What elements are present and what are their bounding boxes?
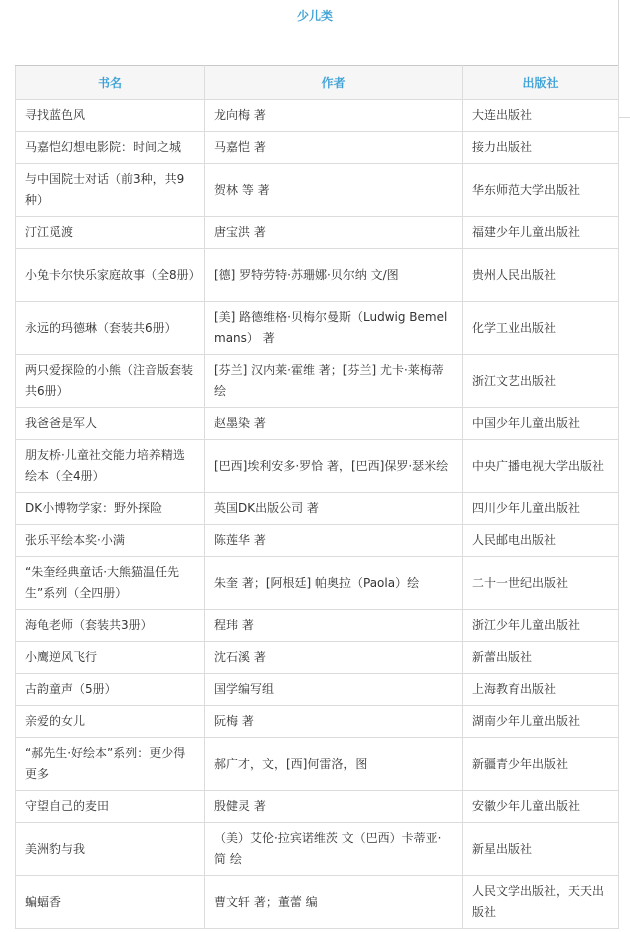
cell-publisher: 中国少年儿童出版社: [463, 408, 619, 440]
cell-publisher: 人民文学出版社，天天出版社: [463, 876, 619, 929]
cell-title: 海龟老师（套装共3册）: [16, 610, 205, 642]
cell-author: 马嘉恺 著: [205, 132, 463, 164]
cell-title: 美洲豹与我: [16, 823, 205, 876]
table-row: 朋友桥·儿童社交能力培养精选绘本（全4册）[巴西]埃利安多·罗恰 著，[巴西]保…: [16, 440, 619, 493]
page-edge-tick: [618, 117, 630, 118]
cell-publisher: 湖南少年儿童出版社: [463, 706, 619, 738]
column-header-author: 作者: [205, 66, 463, 100]
cell-author: 殷健灵 著: [205, 791, 463, 823]
cell-publisher: 上海教育出版社: [463, 674, 619, 706]
table-row: 古韵童声（5册）国学编写组上海教育出版社: [16, 674, 619, 706]
table-row: 美洲豹与我（美）艾伦·拉宾诺维茨 文（巴西）卡蒂亚·简 绘新星出版社: [16, 823, 619, 876]
column-header-title: 书名: [16, 66, 205, 100]
cell-author: 赵墨染 著: [205, 408, 463, 440]
cell-author: [美] 路德维格·贝梅尔曼斯（Ludwig Bemelmans） 著: [205, 302, 463, 355]
cell-publisher: 新疆青少年出版社: [463, 738, 619, 791]
cell-author: 国学编写组: [205, 674, 463, 706]
book-list-table: 书名 作者 出版社 寻找蓝色风龙向梅 著大连出版社马嘉恺幻想电影院：时间之城马嘉…: [15, 65, 619, 929]
cell-publisher: 中央广播电视大学出版社: [463, 440, 619, 493]
cell-publisher: 安徽少年儿童出版社: [463, 791, 619, 823]
cell-title: DK小博物学家：野外探险: [16, 493, 205, 525]
table-row: 亲爱的女儿阮梅 著湖南少年儿童出版社: [16, 706, 619, 738]
cell-title: “朱奎经典童话·大熊猫温任先生”系列（全四册）: [16, 557, 205, 610]
cell-author: [德] 罗特劳特·苏珊娜·贝尔纳 文/图: [205, 249, 463, 302]
cell-publisher: 浙江文艺出版社: [463, 355, 619, 408]
table-row: 我爸爸是军人赵墨染 著中国少年儿童出版社: [16, 408, 619, 440]
table-row: 马嘉恺幻想电影院：时间之城马嘉恺 著接力出版社: [16, 132, 619, 164]
table-row: 两只爱探险的小熊（注音版套装共6册）[芬兰] 汉内莱·霍维 著；[芬兰] 尤卡·…: [16, 355, 619, 408]
table-header-row: 书名 作者 出版社: [16, 66, 619, 100]
table-row: “朱奎经典童话·大熊猫温任先生”系列（全四册）朱奎 著；[阿根廷] 帕奥拉（Pa…: [16, 557, 619, 610]
cell-author: 朱奎 著；[阿根廷] 帕奥拉（Paola）绘: [205, 557, 463, 610]
cell-title: 马嘉恺幻想电影院：时间之城: [16, 132, 205, 164]
cell-author: 英国DK出版公司 著: [205, 493, 463, 525]
cell-publisher: 四川少年儿童出版社: [463, 493, 619, 525]
cell-publisher: 化学工业出版社: [463, 302, 619, 355]
cell-author: （美）艾伦·拉宾诺维茨 文（巴西）卡蒂亚·简 绘: [205, 823, 463, 876]
table-row: 与中国院士对话（前3种，共9种）贺林 等 著华东师范大学出版社: [16, 164, 619, 217]
table-row: 海龟老师（套装共3册）程玮 著浙江少年儿童出版社: [16, 610, 619, 642]
table-row: 小鹰逆风飞行沈石溪 著新蕾出版社: [16, 642, 619, 674]
table-row: 永远的玛德琳（套装共6册）[美] 路德维格·贝梅尔曼斯（Ludwig Bemel…: [16, 302, 619, 355]
cell-author: 陈莲华 著: [205, 525, 463, 557]
cell-author: 龙向梅 著: [205, 100, 463, 132]
cell-publisher: 新星出版社: [463, 823, 619, 876]
cell-publisher: 浙江少年儿童出版社: [463, 610, 619, 642]
cell-author: 贺林 等 著: [205, 164, 463, 217]
cell-author: 郝广才，文，[西]何雷洛，图: [205, 738, 463, 791]
cell-author: 程玮 著: [205, 610, 463, 642]
cell-title: 蝙蝠香: [16, 876, 205, 929]
cell-author: 沈石溪 著: [205, 642, 463, 674]
table-row: 张乐平绘本奖·小满陈莲华 著人民邮电出版社: [16, 525, 619, 557]
cell-publisher: 二十一世纪出版社: [463, 557, 619, 610]
cell-publisher: 贵州人民出版社: [463, 249, 619, 302]
cell-author: [巴西]埃利安多·罗恰 著，[巴西]保罗·瑟米绘: [205, 440, 463, 493]
section-title: 少儿类: [0, 7, 630, 24]
cell-title: 张乐平绘本奖·小满: [16, 525, 205, 557]
cell-title: 两只爱探险的小熊（注音版套装共6册）: [16, 355, 205, 408]
cell-publisher: 福建少年儿童出版社: [463, 217, 619, 249]
cell-author: 阮梅 著: [205, 706, 463, 738]
cell-publisher: 新蕾出版社: [463, 642, 619, 674]
cell-title: 永远的玛德琳（套装共6册）: [16, 302, 205, 355]
table-row: DK小博物学家：野外探险英国DK出版公司 著四川少年儿童出版社: [16, 493, 619, 525]
cell-title: 寻找蓝色风: [16, 100, 205, 132]
column-header-publisher: 出版社: [463, 66, 619, 100]
cell-publisher: 接力出版社: [463, 132, 619, 164]
cell-title: 守望自己的麦田: [16, 791, 205, 823]
cell-title: 我爸爸是军人: [16, 408, 205, 440]
cell-author: 曹文轩 著；董蕾 编: [205, 876, 463, 929]
table-row: 寻找蓝色风龙向梅 著大连出版社: [16, 100, 619, 132]
cell-title: 亲爱的女儿: [16, 706, 205, 738]
cell-title: 汀江觅渡: [16, 217, 205, 249]
cell-title: 小鹰逆风飞行: [16, 642, 205, 674]
cell-publisher: 大连出版社: [463, 100, 619, 132]
cell-publisher: 华东师范大学出版社: [463, 164, 619, 217]
cell-publisher: 人民邮电出版社: [463, 525, 619, 557]
table-row: 汀江觅渡唐宝洪 著福建少年儿童出版社: [16, 217, 619, 249]
cell-title: “郝先生·好绘本”系列：更少得更多: [16, 738, 205, 791]
cell-title: 小兔卡尔快乐家庭故事（全8册）: [16, 249, 205, 302]
table-row: 守望自己的麦田殷健灵 著安徽少年儿童出版社: [16, 791, 619, 823]
table-row: “郝先生·好绘本”系列：更少得更多郝广才，文，[西]何雷洛，图新疆青少年出版社: [16, 738, 619, 791]
table-row: 小兔卡尔快乐家庭故事（全8册）[德] 罗特劳特·苏珊娜·贝尔纳 文/图贵州人民出…: [16, 249, 619, 302]
cell-author: [芬兰] 汉内莱·霍维 著；[芬兰] 尤卡·莱梅蒂 绘: [205, 355, 463, 408]
cell-title: 朋友桥·儿童社交能力培养精选绘本（全4册）: [16, 440, 205, 493]
cell-title: 古韵童声（5册）: [16, 674, 205, 706]
cell-author: 唐宝洪 著: [205, 217, 463, 249]
cell-title: 与中国院士对话（前3种，共9种）: [16, 164, 205, 217]
table-row: 蝙蝠香曹文轩 著；董蕾 编人民文学出版社，天天出版社: [16, 876, 619, 929]
